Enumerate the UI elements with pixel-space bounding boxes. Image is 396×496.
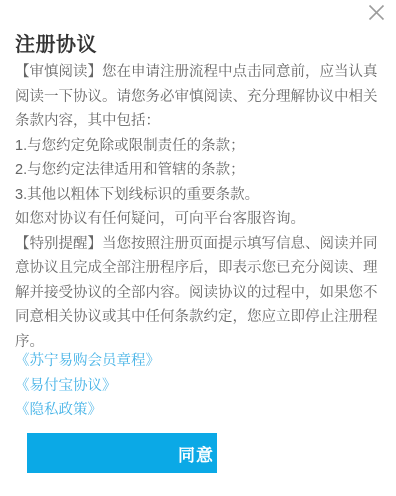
agreement-links: 《苏宁易购会员章程》 《易付宝协议》 《隐私政策》 xyxy=(15,349,385,423)
agreement-line: 【审慎阅读】您在申请注册流程中点击同意前，应当认真 xyxy=(15,60,385,85)
link-suning-member-charter[interactable]: 《苏宁易购会员章程》 xyxy=(15,349,385,374)
page-title: 注册协议 xyxy=(15,28,97,57)
agreement-line: 条款内容，其中包括： xyxy=(15,109,385,134)
close-icon[interactable] xyxy=(368,4,385,21)
link-yifubao-agreement[interactable]: 《易付宝协议》 xyxy=(15,374,385,399)
agreement-line: 意协议且完成全部注册程序后，即表示您已充分阅读、理 xyxy=(15,256,385,281)
agreement-line: 解并接受协议的全部内容。阅读协议的过程中，如果您不 xyxy=(15,281,385,306)
agreement-line: 阅读一下协议。请您务必审慎阅读、充分理解协议中相关 xyxy=(15,85,385,110)
agree-button[interactable]: 同意 xyxy=(27,433,217,473)
agreement-line: 【特别提醒】当您按照注册页面提示填写信息、阅读并同 xyxy=(15,232,385,257)
agreement-line: 2.与您约定法律适用和管辖的条款； xyxy=(15,158,385,183)
link-privacy-policy[interactable]: 《隐私政策》 xyxy=(15,398,385,423)
agreement-line: 3.其他以粗体下划线标识的重要条款。 xyxy=(15,183,385,208)
agreement-body: 【审慎阅读】您在申请注册流程中点击同意前，应当认真 阅读一下协议。请您务必审慎阅… xyxy=(15,60,385,354)
close-x-glyph xyxy=(368,4,385,21)
agreement-line: 1.与您约定免除或限制责任的条款； xyxy=(15,134,385,159)
agreement-line: 如您对协议有任何疑问，可向平台客服咨询。 xyxy=(15,207,385,232)
registration-agreement-modal: 注册协议 【审慎阅读】您在申请注册流程中点击同意前，应当认真 阅读一下协议。请您… xyxy=(0,0,396,496)
agreement-line: 同意相关协议或其中任何条款约定，您应立即停止注册程 xyxy=(15,305,385,330)
